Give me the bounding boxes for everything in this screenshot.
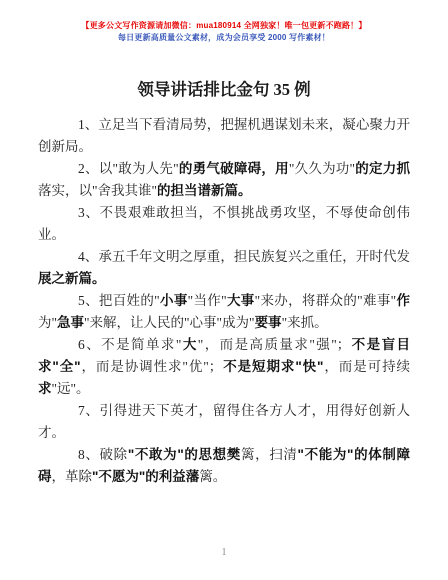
document-title: 领导讲话排比金句 35 例 — [38, 76, 410, 100]
paragraph: 7、引得进天下英才，留得住各方人才，用得好创新人才。 — [38, 400, 410, 444]
page-number: 1 — [0, 547, 448, 558]
paragraph: 3、不畏艰难敢担当，不惧挑战勇攻坚，不辱使命创伟业。 — [38, 202, 410, 246]
paragraph: 1、立足当下看清局势，把握机遇谋划未来，凝心聚力开创新局。 — [38, 114, 410, 158]
promo-header: 【更多公文写作资源请加微信：mua180914 全网独家！唯一包更新不跑路！】 … — [38, 20, 410, 44]
paragraph: 4、承五千年文明之厚重，担民族复兴之重任，开时代发展之新篇。 — [38, 246, 410, 290]
paragraph: 8、破除"不敢为"的思想樊篱，扫清"不能为"的体制障碍，革除"不愿为"的利益藩篱… — [38, 444, 410, 488]
paragraph: 5、把百姓的"小事"当作"大事"来办，将群众的"难事"作为"急事"来解，让人民的… — [38, 290, 410, 334]
promo-line-red: 【更多公文写作资源请加微信：mua180914 全网独家！唯一包更新不跑路！】 — [38, 20, 410, 32]
promo-line-blue: 每日更新高质量公文素材，成为会员享受 2000 写作素材！ — [38, 32, 410, 44]
paragraph: 6、不是简单求"大"，而是高质量求"强"；不是盲目求"全"，而是协调性求"优"；… — [38, 334, 410, 400]
paragraph: 2、以"敢为人先"的勇气破障碍，用"久久为功"的定力抓落实，以"舍我其谁"的担当… — [38, 158, 410, 202]
document-body: 1、立足当下看清局势，把握机遇谋划未来，凝心聚力开创新局。2、以"敢为人先"的勇… — [38, 114, 410, 488]
document-page: 【更多公文写作资源请加微信：mua180914 全网独家！唯一包更新不跑路！】 … — [0, 0, 448, 580]
